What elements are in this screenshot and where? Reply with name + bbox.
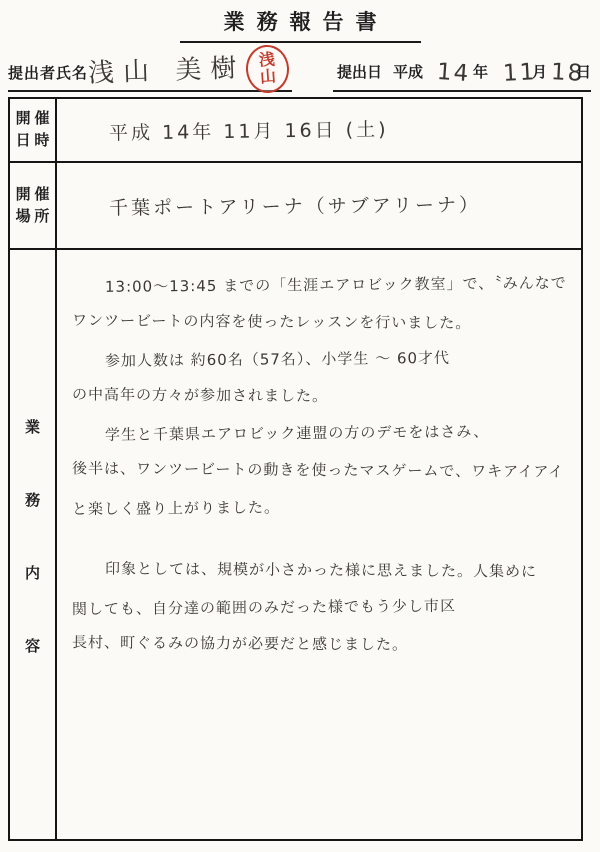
report-table: 開 催日 時 平成 14年 11月 16日 (土) 開 催場 所 千葉ポートアリ… bbox=[8, 97, 583, 841]
title-wrap: 業務報告書 bbox=[0, 6, 600, 43]
submitter-field: 提出者氏名 浅山 美樹 浅 山 bbox=[8, 44, 292, 92]
report-text-line: 長村、町ぐるみの協力が必要だと感じました。 bbox=[67, 631, 571, 672]
stamp-char-bottom: 山 bbox=[260, 68, 277, 86]
year-value-handwritten: 14 bbox=[436, 59, 471, 87]
event-datetime-cell: 平成 14年 11月 16日 (土) bbox=[57, 99, 581, 163]
work-content-body: 13:00〜13:45 までの「生涯エアロビック教室」で、〝みんなで ワンツービ… bbox=[57, 250, 581, 839]
submitter-label: 提出者氏名 bbox=[8, 62, 88, 83]
label-line: 場 所 bbox=[16, 206, 50, 228]
label-char: 内 bbox=[25, 562, 40, 583]
hanko-stamp-icon: 浅 山 bbox=[244, 44, 290, 95]
year-unit-label: 年 bbox=[473, 61, 488, 82]
event-datetime-value-handwritten: 平成 14年 11月 16日 (土) bbox=[57, 114, 389, 146]
era-label: 平成 bbox=[393, 61, 423, 82]
report-text-line: ワンツービートの内容を使ったレッスンを行いました。 bbox=[67, 309, 571, 350]
report-text-line: 関しても、自分達の範囲のみだった様でもう少し市区 bbox=[67, 594, 571, 635]
event-location-value-handwritten: 千葉ポートアリーナ（サブアリーナ） bbox=[57, 190, 481, 221]
month-unit-label: 月 bbox=[532, 61, 547, 82]
report-text-line: 印象としては、規模が小さかった様に思えました。人集めに bbox=[67, 557, 571, 598]
submit-date-field: 提出日 平成 14 年 11 月 18 日 bbox=[333, 44, 591, 92]
report-text-line: の中高年の方々が参加されました。 bbox=[67, 383, 571, 424]
label-line: 開 催 bbox=[16, 184, 50, 206]
label-line: 開 催 bbox=[16, 108, 50, 130]
day-unit-label: 日 bbox=[576, 61, 591, 82]
report-text-line: 学生と千葉県エアロビック連盟の方のデモをはさみ、 bbox=[67, 420, 571, 461]
submit-date-label: 提出日 bbox=[337, 61, 382, 82]
label-char: 務 bbox=[25, 489, 40, 510]
report-text-line: 参加人数は 約60名（57名）、小学生 〜 60才代 bbox=[67, 346, 571, 387]
page-title: 業務報告書 bbox=[180, 6, 421, 43]
event-location-label: 開 催場 所 bbox=[10, 163, 57, 250]
work-content-label: 業 務 内 容 bbox=[10, 250, 57, 839]
report-text-line: 13:00〜13:45 までの「生涯エアロビック教室」で、〝みんなで bbox=[67, 272, 571, 313]
report-text-line: 後半は、ワンツービートの動きを使ったマスゲームで、ワキアイアイ bbox=[67, 457, 571, 498]
stamp-char-top: 浅 bbox=[258, 51, 275, 69]
label-line: 日 時 bbox=[16, 130, 50, 152]
label-char: 業 bbox=[25, 416, 40, 437]
report-page: 業務報告書 提出者氏名 浅山 美樹 浅 山 提出日 平成 14 年 11 月 1… bbox=[0, 0, 600, 852]
event-datetime-label: 開 催日 時 bbox=[10, 99, 57, 163]
label-char: 容 bbox=[25, 635, 40, 656]
event-location-cell: 千葉ポートアリーナ（サブアリーナ） bbox=[57, 163, 581, 250]
report-text-line: と楽しく盛り上がりました。 bbox=[67, 494, 571, 535]
submitter-name-handwritten: 浅山 美樹 bbox=[87, 47, 245, 89]
